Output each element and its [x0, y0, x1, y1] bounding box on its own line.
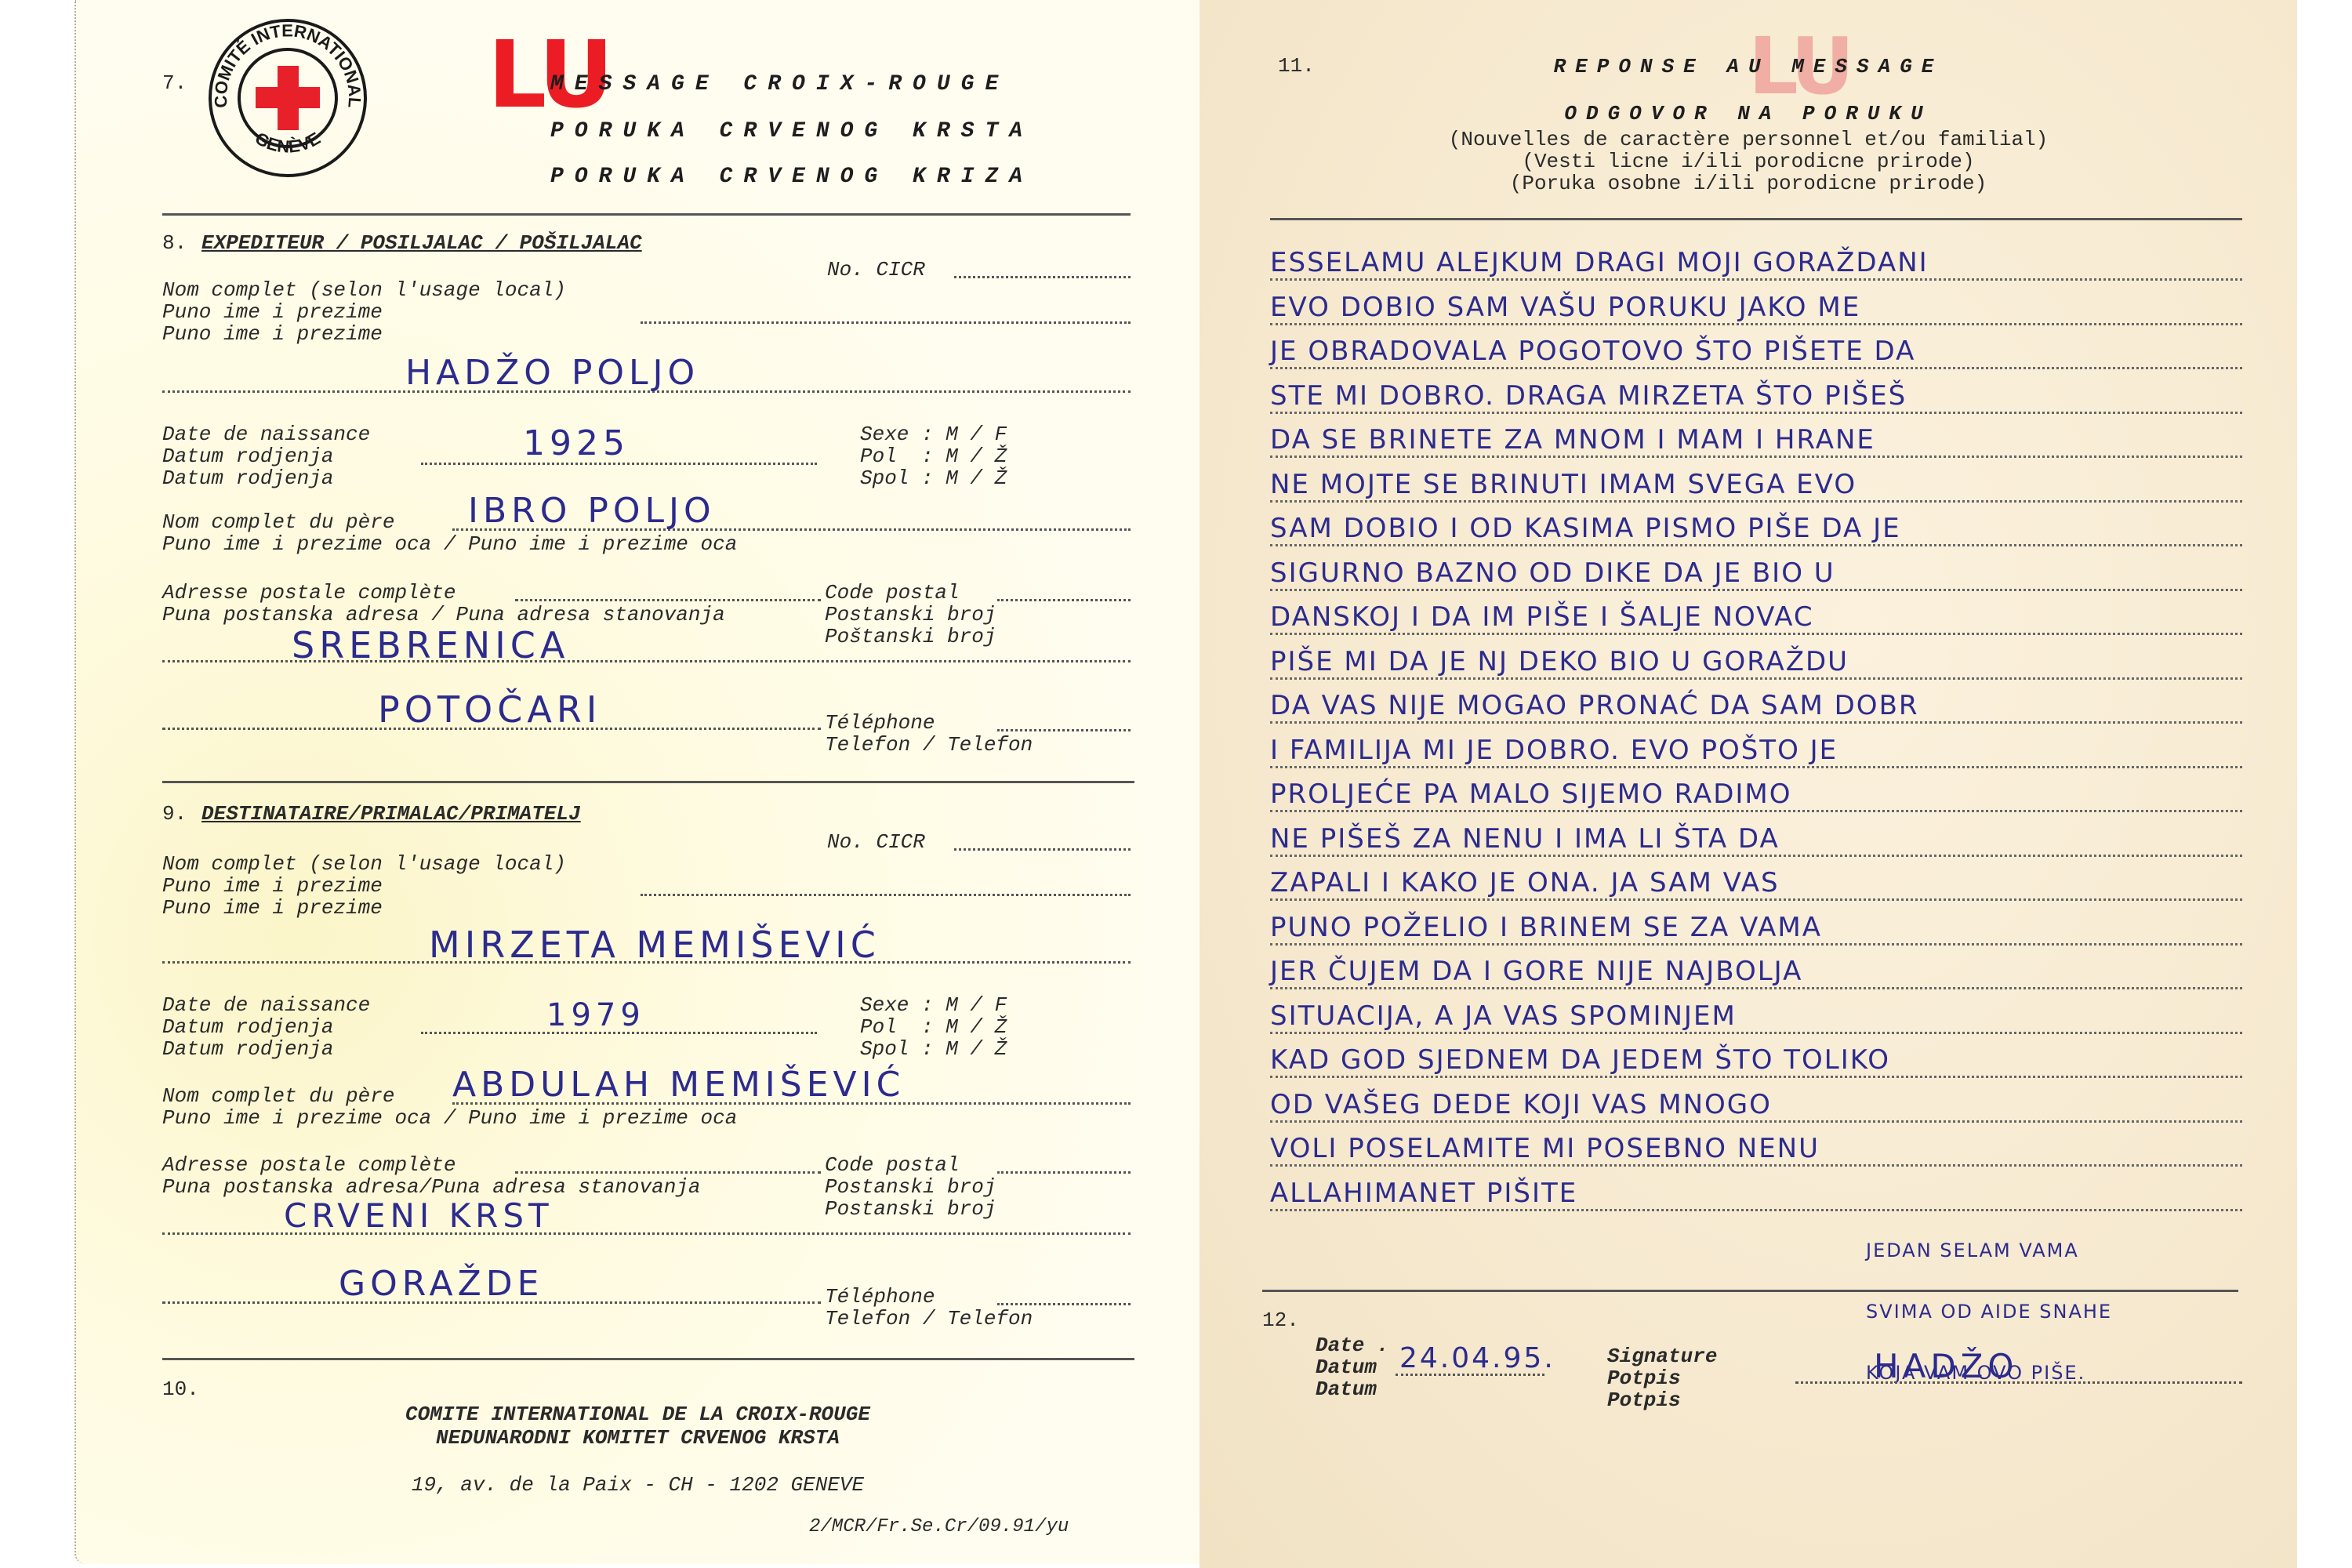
recipient-name-local-field[interactable] [641, 894, 1131, 896]
recipient-birth-label-sr: Datum rodjenja [162, 1016, 333, 1038]
recipient-name-label-sr: Puno ime i prezime [162, 875, 383, 897]
message-ruled-line [1270, 456, 2242, 458]
sender-cicr-field[interactable] [954, 276, 1131, 278]
sender-sex-label-hr: Spol : M / Ž [860, 467, 1007, 489]
message-line: PIŠE MI DA JE NJ DEKO BIO U GORAŽDU [1270, 646, 1849, 677]
message-ruled-line [1270, 677, 2242, 680]
message-line: JE OBRADOVALA POGOTOVO ŠTO PIŠETE DA [1270, 336, 1915, 367]
sender-phone-sub-label: Telefon / Telefon [825, 734, 1033, 756]
recipient-birth-label-fr: Date de naissance [162, 994, 370, 1016]
section-12-number: 12. [1262, 1309, 1299, 1331]
red-cross-emblem-icon: COMITÉ INTERNATIONAL GENÈVE [207, 17, 368, 179]
right-reply-page: LU 11. REPONSE AU MESSAGE ODGOVOR NA POR… [1200, 0, 2297, 1568]
margin-note-line: SVIMA OD AIDE SNAHE [1866, 1301, 2112, 1322]
sender-father-sub-label: Puno ime i prezime oca / Puno ime i prez… [162, 533, 737, 555]
message-ruled-line [1270, 544, 2242, 546]
divider [1262, 1290, 2238, 1292]
divider [1270, 218, 2242, 220]
message-ruled-line [1270, 1032, 2242, 1034]
date-label-hr: Datum [1316, 1378, 1377, 1400]
reply-title-fr: REPONSE AU MESSAGE [1200, 55, 2297, 78]
sender-name-local-field[interactable] [641, 321, 1131, 324]
sender-postal-label-fr: Code postal [825, 582, 960, 604]
message-line: SAM DOBIO I OD KASIMA PISMO PIŠE DA JE [1270, 513, 1901, 544]
form-title-sr: PORUKA CRVENOG KRSTA [550, 119, 1033, 143]
message-line: VOLI POSELAMITE MI POSEBNO NENU [1270, 1133, 1820, 1164]
recipient-address-label: Adresse postale complète [162, 1154, 456, 1176]
recipient-father-value: ABDULAH MEMIŠEVIĆ [452, 1065, 905, 1105]
sender-name-value: HADŽO POLJO [405, 353, 699, 393]
sender-cicr-label: No. CICR [827, 259, 925, 281]
recipient-birth-label-hr: Datum rodjenja [162, 1038, 333, 1060]
sender-postal-field[interactable] [997, 599, 1131, 601]
form-title-hr: PORUKA CRVENOG KRIZA [550, 165, 1033, 189]
message-line: NE MOJTE SE BRINUTI IMAM SVEGA EVO [1270, 469, 1857, 500]
sender-father-label: Nom complet du père [162, 511, 394, 533]
message-ruled-line [1270, 278, 2242, 281]
recipient-cicr-field[interactable] [954, 848, 1131, 851]
message-ruled-line [1270, 500, 2242, 503]
signature-label-sr: Potpis [1607, 1367, 1681, 1389]
message-line: SITUACIJA, A JA VAS SPOMINJEM [1270, 1000, 1737, 1032]
recipient-postal-label-hr: Postanski broj [825, 1198, 996, 1220]
message-line: I FAMILIJA MI JE DOBRO. EVO POŠTO JE [1270, 735, 1838, 766]
date-label-fr: Date . [1316, 1334, 1389, 1356]
reply-subtitle-fr: (Nouvelles de caractère personnel et/ou … [1200, 129, 2297, 151]
divider [162, 781, 1134, 783]
recipient-sex-label-sr: Pol : M / Ž [860, 1016, 1007, 1038]
message-line: EVO DOBIO SAM VAŠU PORUKU JAKO ME [1270, 292, 1860, 323]
section-10-number: 10. [162, 1378, 199, 1400]
message-ruled-line [1270, 898, 2242, 901]
recipient-father-sub-label: Puno ime i prezime oca / Puno ime i prez… [162, 1107, 737, 1129]
message-line: DA VAS NIJE MOGAO PRONAĆ DA SAM DOBR [1270, 690, 1919, 721]
sender-name-label-sr: Puno ime i prezime [162, 301, 383, 323]
signature-label-hr: Potpis [1607, 1389, 1681, 1411]
sender-address-label: Adresse postale complète [162, 582, 456, 604]
message-line: STE MI DOBRO. DRAGA MIRZETA ŠTO PIŠEŠ [1270, 380, 1907, 412]
recipient-father-label: Nom complet du père [162, 1085, 394, 1107]
message-ruled-line [1270, 1120, 2242, 1123]
message-line: ALLAHIMANET PIŠITE [1270, 1178, 1577, 1209]
message-line: DANSKOJ I DA IM PIŠE I ŠALJE NOVAC [1270, 601, 1814, 633]
recipient-phone-sub-label: Telefon / Telefon [825, 1308, 1033, 1330]
message-ruled-line [1270, 943, 2242, 946]
recipient-phone-field[interactable] [997, 1303, 1131, 1305]
sender-phone-field[interactable] [997, 729, 1131, 731]
margin-note: JEDAN SELAM VAMA SVIMA OD AIDE SNAHE KOJ… [1866, 1200, 2112, 1424]
sender-birth-label-fr: Date de naissance [162, 423, 370, 445]
sender-sex-label-fr: Sexe : M / F [860, 423, 1007, 445]
reply-subtitle-hr: (Poruka osobne i/ili porodicne prirode) [1200, 172, 2297, 194]
recipient-name-value: MIRZETA MEMIŠEVIĆ [429, 924, 880, 966]
message-ruled-line [1270, 589, 2242, 591]
sender-address-top-field[interactable] [515, 599, 821, 601]
message-line: KAD GOD SJEDNEM DA JEDEM ŠTO TOLIKO [1270, 1044, 1890, 1076]
message-ruled-line [1270, 721, 2242, 724]
message-ruled-line [1270, 1076, 2242, 1078]
logo-ring-bottom-text: GENÈVE [252, 128, 324, 156]
date-value: 24.04.95. [1399, 1342, 1555, 1374]
signature-label-fr: Signature [1607, 1345, 1717, 1367]
signature-value: HADŽO [1874, 1347, 2019, 1385]
message-line: JER ČUJEM DA I GORE NIJE NAJBOLJA [1270, 956, 1802, 987]
reply-subtitle-sr: (Vesti licne i/ili porodicne prirode) [1200, 151, 2297, 172]
sender-address-line-1-value: SREBRENICA [292, 624, 569, 666]
message-ruled-line [1270, 855, 2242, 857]
recipient-cicr-label: No. CICR [827, 831, 925, 853]
reply-title-sr: ODGOVOR NA PORUKU [1200, 102, 2297, 125]
recipient-phone-label: Téléphone [825, 1286, 935, 1308]
sender-address-sub-label: Puna postanska adresa / Puna adresa stan… [162, 604, 725, 626]
divider [162, 1358, 1134, 1360]
recipient-name-label-hr: Puno ime i prezime [162, 897, 383, 919]
sender-address-line-2-value: POTOČARI [378, 688, 601, 731]
message-ruled-line [1270, 766, 2242, 768]
signature-field[interactable] [1795, 1381, 2242, 1384]
message-line: ZAPALI I KAKO JE ONA. JA SAM VAS [1270, 867, 1780, 898]
icrc-name-sr: NEDUNARODNI KOMITET CRVENOG KRSTA [76, 1427, 1200, 1449]
message-ruled-line [1270, 1164, 2242, 1167]
svg-text:GENÈVE: GENÈVE [252, 128, 324, 156]
message-ruled-line [1270, 323, 2242, 325]
message-ruled-line [1270, 810, 2242, 812]
message-line: OD VAŠEG DEDE KOJI VAS MNOGO [1270, 1089, 1772, 1120]
icrc-address: 19, av. de la Paix - CH - 1202 GENEVE [76, 1474, 1200, 1496]
date-label-sr: Datum [1316, 1356, 1377, 1378]
sender-postal-label-hr: Poštanski broj [825, 626, 996, 648]
message-line: ESSELAMU ALEJKUM DRAGI MOJI GORAŽDANI [1270, 247, 1929, 278]
sender-name-label-fr: Nom complet (selon l'usage local) [162, 279, 566, 301]
divider [162, 213, 1131, 216]
recipient-address-line-2-value: GORAŽDE [339, 1264, 543, 1304]
message-line: NE PIŠEŠ ZA NENU I IMA LI ŠTA DA [1270, 823, 1780, 855]
margin-note-line: JEDAN SELAM VAMA [1866, 1240, 2112, 1261]
message-line: SIGURNO BAZNO OD DIKE DA JE BIO U [1270, 557, 1835, 589]
sender-sex-label-sr: Pol : M / Ž [860, 445, 1007, 467]
recipient-birth-value: 1979 [546, 997, 645, 1033]
section-9-number: 9. [162, 803, 187, 825]
sender-phone-label: Téléphone [825, 712, 935, 734]
sender-birth-value: 1925 [523, 423, 630, 463]
message-ruled-line [1270, 412, 2242, 414]
section-7-number: 7. [162, 72, 187, 94]
sender-postal-label-sr: Postanski broj [825, 604, 996, 626]
recipient-sex-label-fr: Sexe : M / F [860, 994, 1007, 1016]
left-form-page: 7. COMITÉ INTERNATIONAL GENÈVE LU MESSAG… [74, 0, 1200, 1564]
message-line: PUNO POŽELIO I BRINEM SE ZA VAMA [1270, 912, 1822, 943]
message-line: DA SE BRINETE ZA MNOM I MAM I HRANE [1270, 424, 1875, 456]
recipient-postal-label-sr: Postanski broj [825, 1176, 996, 1198]
sender-birth-label-sr: Datum rodjenja [162, 445, 333, 467]
recipient-sex-label-hr: Spol : M / Ž [860, 1038, 1007, 1060]
sender-heading: EXPEDITEUR / POSILJALAC / POŠILJALAC [201, 232, 642, 254]
recipient-heading: DESTINATAIRE/PRIMALAC/PRIMATELJ [201, 803, 581, 825]
message-line: PROLJEĆE PA MALO SIJEMO RADIMO [1270, 779, 1792, 810]
recipient-address-top-field[interactable] [515, 1171, 821, 1174]
recipient-name-label-fr: Nom complet (selon l'usage local) [162, 853, 566, 875]
message-ruled-line [1270, 367, 2242, 369]
form-title-fr: MESSAGE CROIX-ROUGE [550, 72, 1009, 96]
message-ruled-line [1270, 987, 2242, 989]
sender-birth-label-hr: Datum rodjenja [162, 467, 333, 489]
sender-father-value: IBRO POLJO [468, 491, 716, 531]
recipient-address-line-1-value: CRVENI KRST [284, 1196, 554, 1235]
recipient-address-sub-label: Puna postanska adresa/Puna adresa stanov… [162, 1176, 701, 1198]
section-8-number: 8. [162, 232, 187, 254]
recipient-postal-label-fr: Code postal [825, 1154, 960, 1176]
recipient-postal-field[interactable] [997, 1171, 1131, 1174]
message-ruled-line [1270, 633, 2242, 635]
icrc-name-fr: COMITE INTERNATIONAL DE LA CROIX-ROUGE [76, 1403, 1200, 1425]
form-code: 2/MCR/Fr.Se.Cr/09.91/yu [809, 1516, 1069, 1538]
sender-name-label-hr: Puno ime i prezime [162, 323, 383, 345]
